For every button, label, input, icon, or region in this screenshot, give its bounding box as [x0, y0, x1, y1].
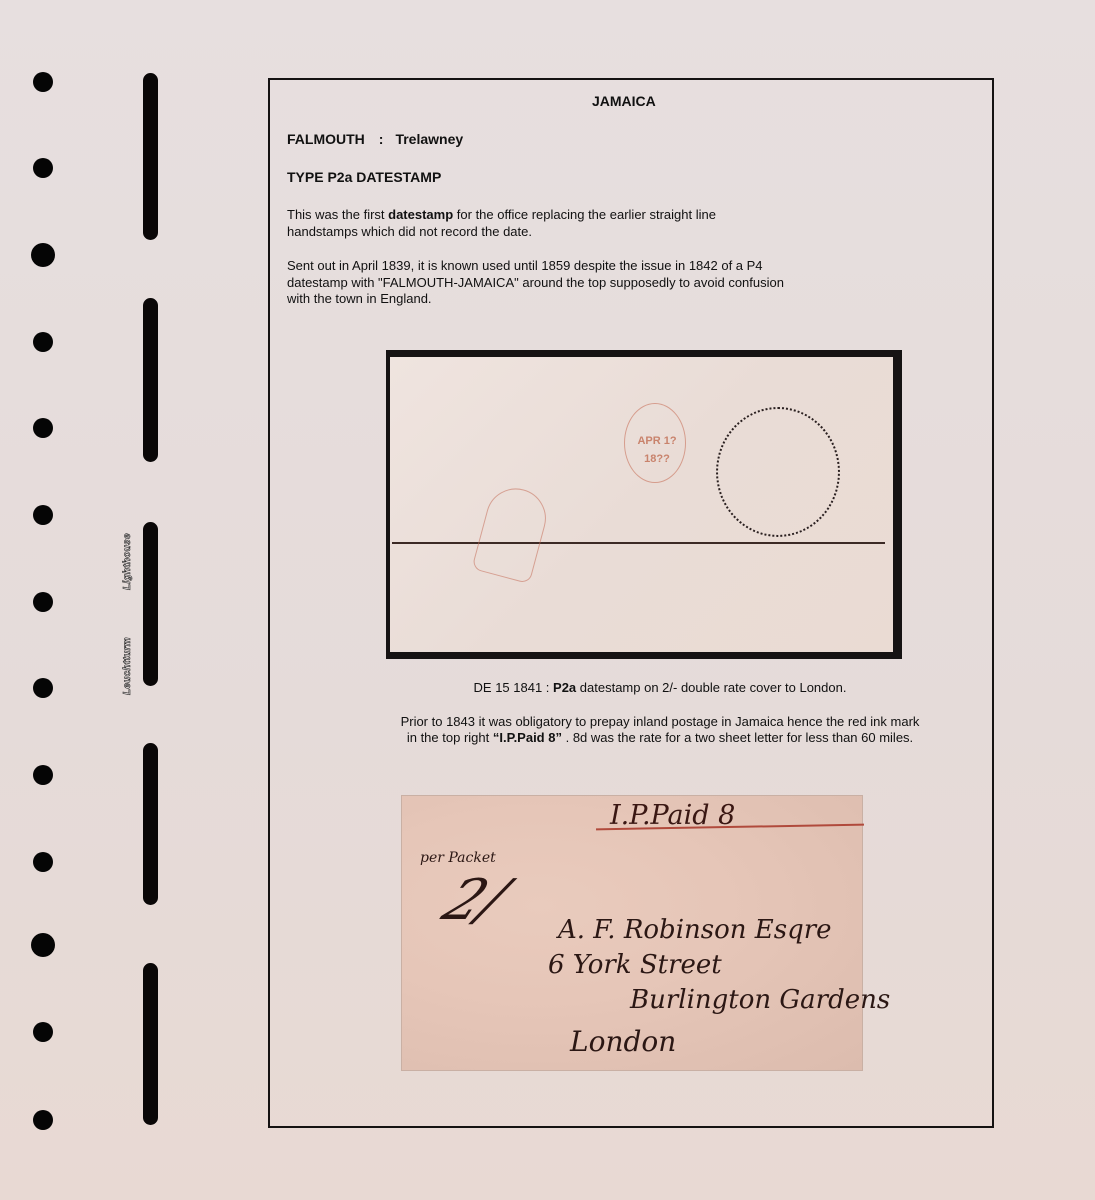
binder-hole	[33, 765, 53, 785]
town-heading: FALMOUTH:Trelawney	[287, 131, 463, 147]
address-line-1: A. F. Robinson Esqre	[558, 915, 832, 945]
intro-paragraph-2: Sent out in April 1839, it is known used…	[287, 258, 787, 308]
text: 18??	[633, 450, 681, 468]
intro-paragraph-1: This was the first datestamp for the off…	[287, 207, 787, 240]
binder-hole	[33, 678, 53, 698]
type-heading: TYPE P2a DATESTAMP	[287, 169, 441, 185]
ip-paid-mark: I.P.Paid 8	[610, 800, 735, 831]
text-bold: datestamp	[388, 207, 453, 222]
binder-hole	[33, 1110, 53, 1130]
falmouth-datestamp-postmark	[716, 407, 840, 537]
cover-caption-date: DE 15 1841 : P2a datestamp on 2/- double…	[400, 680, 920, 696]
text-bold: “I.P.Paid 8”	[493, 730, 562, 745]
binder-hole	[31, 243, 55, 267]
binder-hole	[33, 1022, 53, 1042]
binder-slot	[143, 73, 158, 240]
binder-hole	[33, 418, 53, 438]
binder-hole	[33, 592, 53, 612]
binder-hole	[31, 933, 55, 957]
binder-hole	[33, 852, 53, 872]
text: DE 15 1841 :	[474, 680, 554, 695]
brand-leuchtturm: Leuchtturm	[122, 637, 133, 695]
per-packet-note: per Packet	[420, 850, 496, 866]
binder-hole	[33, 505, 53, 525]
address-line-2: 6 York Street	[548, 950, 722, 980]
text: APR 1?	[633, 432, 681, 450]
text: . 8d was the rate for a two sheet letter…	[562, 730, 913, 745]
binder-hole	[33, 72, 53, 92]
brand-lighthouse: Lighthouse	[122, 533, 133, 590]
text: datestamp on 2/- double rate cover to Lo…	[576, 680, 846, 695]
binder-slot	[143, 298, 158, 462]
town-name: FALMOUTH	[287, 131, 365, 147]
address-line-3: Burlington Gardens	[630, 985, 890, 1015]
binder-hole	[33, 332, 53, 352]
text-bold: P2a	[553, 680, 576, 695]
address-line-4: London	[570, 1025, 676, 1058]
separator: :	[379, 131, 384, 147]
binder-slot	[143, 963, 158, 1125]
binder-slot	[143, 743, 158, 905]
binder-slot	[143, 522, 158, 686]
parish-name: Trelawney	[395, 131, 463, 147]
country-heading: JAMAICA	[592, 93, 656, 109]
cover-fold-line	[392, 542, 885, 544]
text: This was the first	[287, 207, 388, 222]
binder-hole	[33, 158, 53, 178]
red-datestamp-text: APR 1?18??	[633, 432, 681, 468]
cover-caption-note: Prior to 1843 it was obligatory to prepa…	[400, 714, 920, 746]
